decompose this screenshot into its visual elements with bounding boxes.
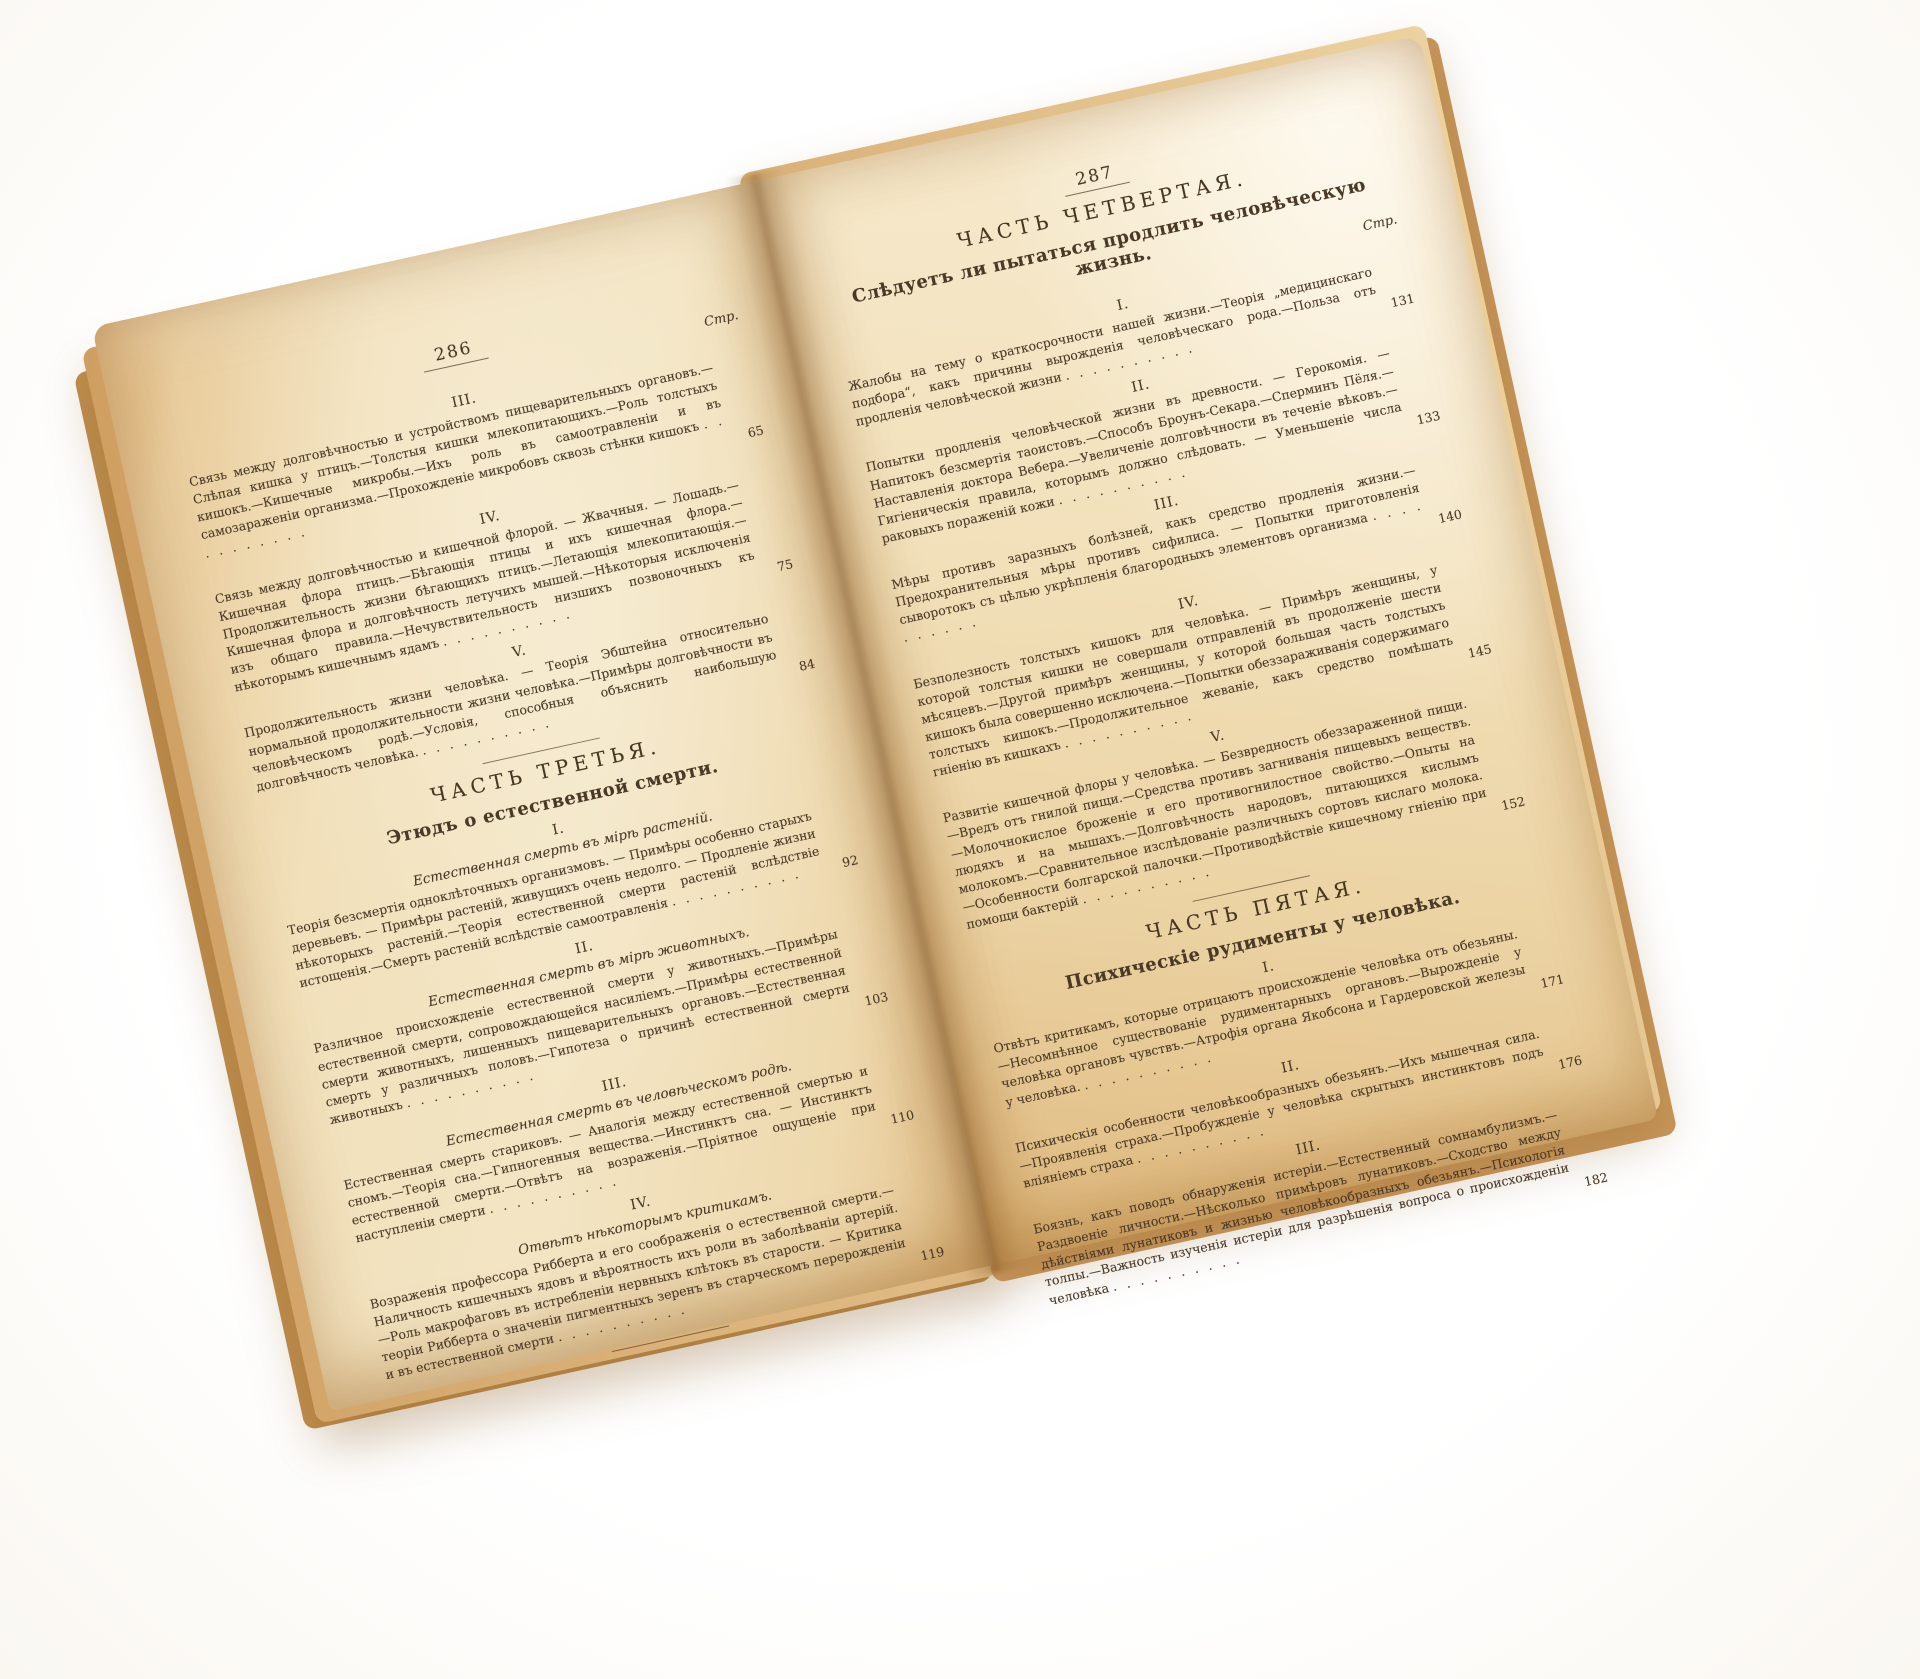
page-ref: 152	[1500, 792, 1527, 815]
page-ref: 133	[1415, 407, 1442, 430]
page-ref: 140	[1437, 506, 1464, 529]
page-ref: 84	[797, 654, 816, 675]
page-number-right-value: 287	[1060, 159, 1130, 197]
page-ref: 171	[1539, 970, 1566, 993]
page-ref: 131	[1389, 290, 1416, 313]
page-ref: 110	[889, 1106, 916, 1129]
page-ref: 119	[919, 1243, 946, 1266]
page-ref: 145	[1466, 640, 1493, 663]
page-ref: 65	[746, 421, 765, 442]
page-ref: 176	[1557, 1051, 1584, 1074]
book-photo: 286 Стр. III. Связь между долговѣчностью…	[0, 0, 1920, 1679]
page-ref: 182	[1582, 1168, 1609, 1191]
page-ref: 92	[841, 851, 860, 872]
page-ref: 103	[863, 988, 890, 1011]
page-ref: 75	[776, 555, 795, 576]
open-book: 286 Стр. III. Связь между долговѣчностью…	[92, 35, 1659, 1411]
